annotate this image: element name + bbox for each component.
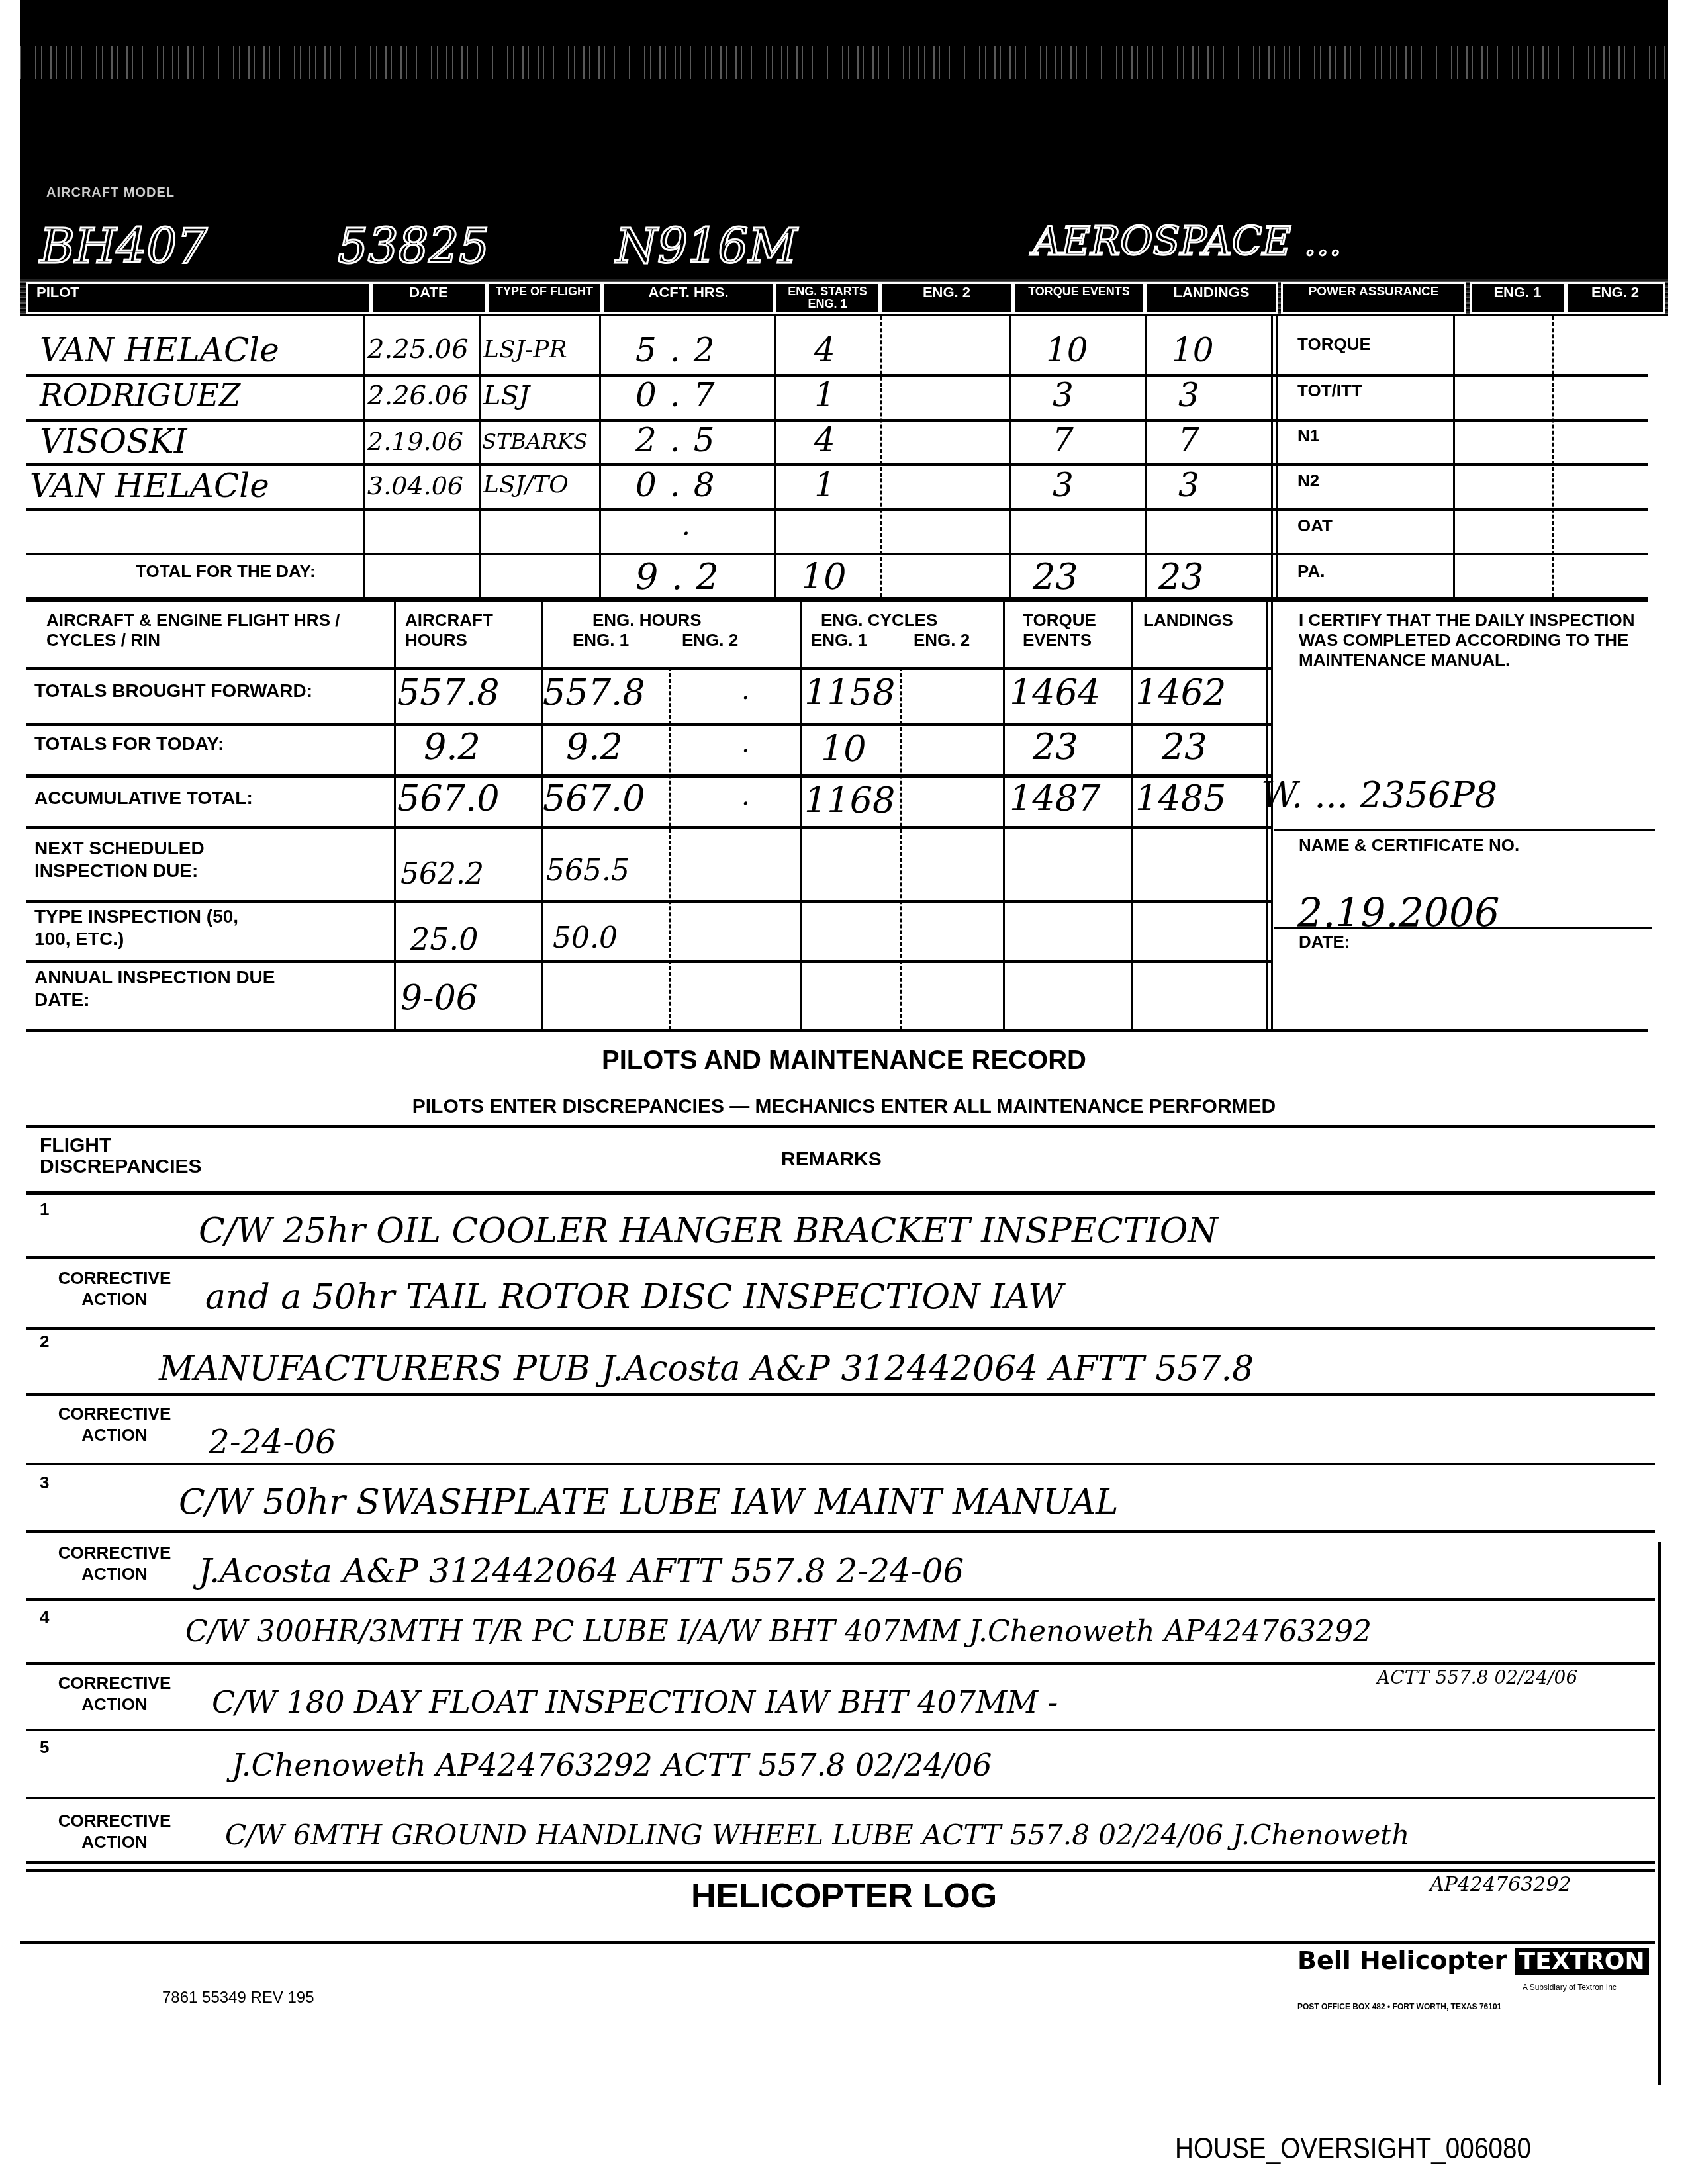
col-eng2: ENG. 2 xyxy=(682,630,738,651)
inspector-signature: W. ... 2356P8 xyxy=(1261,774,1497,816)
total-eng1-starts: 10 xyxy=(801,556,847,598)
discrepancy-text: C/W 50hr SWASHPLATE LUBE IAW MAINT MANUA… xyxy=(179,1482,1119,1522)
torque-events: 23 xyxy=(1033,726,1078,768)
acft-hrs: 0.7 xyxy=(635,376,728,414)
corrective-action-label: CORRECTIVE ACTION xyxy=(38,1403,191,1445)
form-number: 7861 55349 REV 195 xyxy=(162,1989,314,2007)
textron-badge: TEXTRON xyxy=(1515,1948,1649,1975)
aircraft-hours: 567.0 xyxy=(397,778,500,819)
record-title: PILOTS AND MAINTENANCE RECORD xyxy=(0,1046,1688,1075)
eng1-starts: 4 xyxy=(814,331,835,369)
eng1-hours: 50.0 xyxy=(553,921,618,955)
landings: 1485 xyxy=(1135,778,1226,819)
discrepancy-text: C/W 300HR/3MTH T/R PC LUBE I/A/W BHT 407… xyxy=(185,1615,1372,1649)
col-pa-eng1: ENG. 1 xyxy=(1470,282,1566,314)
landings: 7 xyxy=(1178,421,1199,459)
discrepancy-text: J.Chenoweth AP424763292 ACTT 557.8 02/24… xyxy=(232,1747,992,1783)
date-label: DATE: xyxy=(1299,932,1350,952)
corrective-action-label: CORRECTIVE ACTION xyxy=(38,1810,191,1852)
pa-oat: OAT xyxy=(1297,516,1333,536)
registration: N916M xyxy=(616,218,797,274)
col-eng2-starts: ENG. 2 xyxy=(880,282,1013,314)
total-torque-events: 23 xyxy=(1033,556,1078,598)
total-landings: 23 xyxy=(1158,556,1204,598)
torque-events: 1487 xyxy=(1009,778,1100,819)
discrepancy-text: C/W 25hr OIL COOLER HANGER BRACKET INSPE… xyxy=(199,1211,1218,1251)
entry-number: 1 xyxy=(40,1199,49,1220)
row-label: NEXT SCHEDULED INSPECTION DUE: xyxy=(34,837,273,882)
flight-type: LSJ-PR xyxy=(483,336,567,363)
bell-helicopter-logo: Bell Helicopter TEXTRON xyxy=(1297,1946,1649,1975)
col-power-assurance: POWER ASSURANCE xyxy=(1281,282,1466,314)
eng2-hours: . xyxy=(741,728,750,758)
eng2-hours: . xyxy=(741,675,750,705)
eng1-cycles: 1168 xyxy=(804,780,895,821)
landings: 10 xyxy=(1172,331,1214,369)
flight-date: 2.25.06 xyxy=(367,334,469,365)
col-acft-hrs: ACFT. HRS. xyxy=(602,282,774,314)
corrective-action-label: CORRECTIVE ACTION xyxy=(38,1542,191,1584)
eng1-hours: 565.5 xyxy=(546,854,630,887)
eng1-hours: 557.8 xyxy=(543,672,645,713)
action-note: ACTT 557.8 02/24/06 xyxy=(1377,1666,1577,1688)
col-landings: LANDINGS xyxy=(1143,610,1233,631)
col-pa-eng2: ENG. 2 xyxy=(1566,282,1665,314)
aircraft-hours: 9.2 xyxy=(424,726,481,768)
record-subtitle: PILOTS ENTER DISCREPANCIES — MECHANICS E… xyxy=(0,1095,1688,1118)
landings: 3 xyxy=(1178,376,1199,414)
pilot-name: VAN HELACle xyxy=(30,467,269,505)
entry-number: 3 xyxy=(40,1473,49,1493)
acft-hrs: 0.8 xyxy=(635,466,728,504)
flight-date: 3.04.06 xyxy=(367,471,463,500)
pa-n1: N1 xyxy=(1297,426,1319,446)
aircraft-hours: 557.8 xyxy=(397,672,500,713)
col-pilot: PILOT xyxy=(26,282,371,314)
action-text: and a 50hr TAIL ROTOR DISC INSPECTION IA… xyxy=(205,1277,1064,1317)
discrepancy-text: MANUFACTURERS PUB J.Acosta A&P 312442064… xyxy=(159,1349,1254,1388)
eng1-starts: 1 xyxy=(814,466,835,504)
col-date: DATE xyxy=(371,282,487,314)
landings: 3 xyxy=(1178,466,1199,504)
action-text: C/W 180 DAY FLOAT INSPECTION IAW BHT 407… xyxy=(212,1684,1058,1720)
operator: AEROSPACE ... xyxy=(1033,218,1342,265)
landings: 1462 xyxy=(1135,672,1226,713)
col-aircraft-hours: AIRCRAFT HOURS xyxy=(405,610,538,650)
pa-torque: TORQUE xyxy=(1297,334,1371,355)
flight-date: 2.26.06 xyxy=(367,381,469,411)
bates-number: HOUSE_OVERSIGHT_006080 xyxy=(1175,2132,1531,2165)
subsidiary-note: A Subsidiary of Textron Inc xyxy=(1523,1983,1617,1992)
total-day-label: TOTAL FOR THE DAY: xyxy=(136,561,316,582)
col-cycles-eng2: ENG. 2 xyxy=(914,630,970,651)
total-acft-hrs: 9.2 xyxy=(635,556,732,598)
row-label: TOTALS BROUGHT FORWARD: xyxy=(34,680,312,702)
acft-hrs: 5.2 xyxy=(635,331,728,369)
col-cycles-eng1: ENG. 1 xyxy=(811,630,867,651)
entry-number: 5 xyxy=(40,1737,49,1758)
row-label: TYPE INSPECTION (50, 100, ETC.) xyxy=(34,905,273,950)
torque-events: 10 xyxy=(1046,331,1088,369)
inspection-date: 2.19.2006 xyxy=(1297,890,1499,936)
company-address: POST OFFICE BOX 482 • FORT WORTH, TEXAS … xyxy=(1297,2002,1501,2011)
col-landings: LANDINGS xyxy=(1145,282,1278,314)
aircraft-model-label: AIRCRAFT MODEL xyxy=(46,185,175,201)
scan-noise xyxy=(20,46,1668,79)
entry-number: 4 xyxy=(40,1607,49,1627)
col-eng-cycles: ENG. CYCLES xyxy=(821,610,937,631)
col-type-of-flight: TYPE OF FLIGHT xyxy=(487,282,602,314)
annual-due-date: 9-06 xyxy=(400,978,478,1018)
eng1-cycles: 10 xyxy=(821,728,867,770)
aircraft-hours: 562.2 xyxy=(400,857,484,891)
scan-header-band xyxy=(20,0,1668,278)
eng1-hours: 9.2 xyxy=(566,726,623,768)
pilot-name: VISOSKI xyxy=(40,422,187,461)
flight-date: 2.19.06 xyxy=(367,427,463,456)
row-label: ANNUAL INSPECTION DUE DATE: xyxy=(34,966,299,1011)
col-eng-hours: ENG. HOURS xyxy=(592,610,702,631)
flight-type: STBARKS xyxy=(482,429,588,454)
torque-events: 7 xyxy=(1053,421,1074,459)
torque-events: 3 xyxy=(1053,376,1074,414)
entry-number: 2 xyxy=(40,1332,49,1352)
action-text: C/W 6MTH GROUND HANDLING WHEEL LUBE ACTT… xyxy=(225,1819,1409,1851)
pilot-name: VAN HELACle xyxy=(40,331,279,369)
corrective-action-label: CORRECTIVE ACTION xyxy=(38,1672,191,1715)
col-torque-events: TORQUE EVENTS xyxy=(1023,610,1122,650)
landings: 23 xyxy=(1162,726,1207,768)
acft-hrs: . xyxy=(682,511,690,541)
action-text: J.Acosta A&P 312442064 AFTT 557.8 2-24-0… xyxy=(199,1552,964,1590)
form-title: HELICOPTER LOG xyxy=(0,1876,1688,1916)
serial-number: 53825 xyxy=(338,218,489,274)
pa-tot-itt: TOT/ITT xyxy=(1297,381,1362,401)
col-eng1: ENG. 1 xyxy=(573,630,629,651)
flight-type: LSJ/TO xyxy=(483,471,569,498)
eng1-cycles: 1158 xyxy=(804,672,895,713)
flight-type: LSJ xyxy=(483,381,530,411)
aircraft-model: BH407 xyxy=(40,218,207,274)
acft-hrs: 2.5 xyxy=(635,421,728,459)
aircraft-hours: 25.0 xyxy=(410,921,478,957)
torque-events: 3 xyxy=(1053,466,1074,504)
certification-statement: I CERTIFY THAT THE DAILY INSPECTION WAS … xyxy=(1299,610,1656,670)
col-flight-discrepancies: FLIGHT DISCREPANCIES xyxy=(40,1135,238,1177)
row-label: TOTALS FOR TODAY: xyxy=(34,733,224,754)
eng1-starts: 1 xyxy=(814,376,835,414)
pilot-name: RODRIGUEZ xyxy=(40,377,240,413)
row-label: ACCUMULATIVE TOTAL: xyxy=(34,788,253,809)
eng2-hours: . xyxy=(741,781,750,811)
col-eng1-starts: ENG. STARTS ENG. 1 xyxy=(774,282,880,314)
col-remarks: REMARKS xyxy=(781,1148,882,1171)
pa-n2: N2 xyxy=(1297,471,1319,491)
flight-log-column-headers: PILOT DATE TYPE OF FLIGHT ACFT. HRS. ENG… xyxy=(20,278,1668,316)
torque-events: 1464 xyxy=(1009,672,1100,713)
name-certificate-label: NAME & CERTIFICATE NO. xyxy=(1299,835,1519,856)
col-torque-events: TORQUE EVENTS xyxy=(1013,282,1145,314)
brand-name: Bell Helicopter xyxy=(1297,1946,1507,1975)
eng1-starts: 4 xyxy=(814,421,835,459)
corrective-action-label: CORRECTIVE ACTION xyxy=(38,1267,191,1310)
summary-header-label: AIRCRAFT & ENGINE FLIGHT HRS / CYCLES / … xyxy=(46,610,364,650)
eng1-hours: 567.0 xyxy=(543,778,645,819)
pa-pa: PA. xyxy=(1297,561,1325,582)
action-text: 2-24-06 xyxy=(209,1423,336,1461)
